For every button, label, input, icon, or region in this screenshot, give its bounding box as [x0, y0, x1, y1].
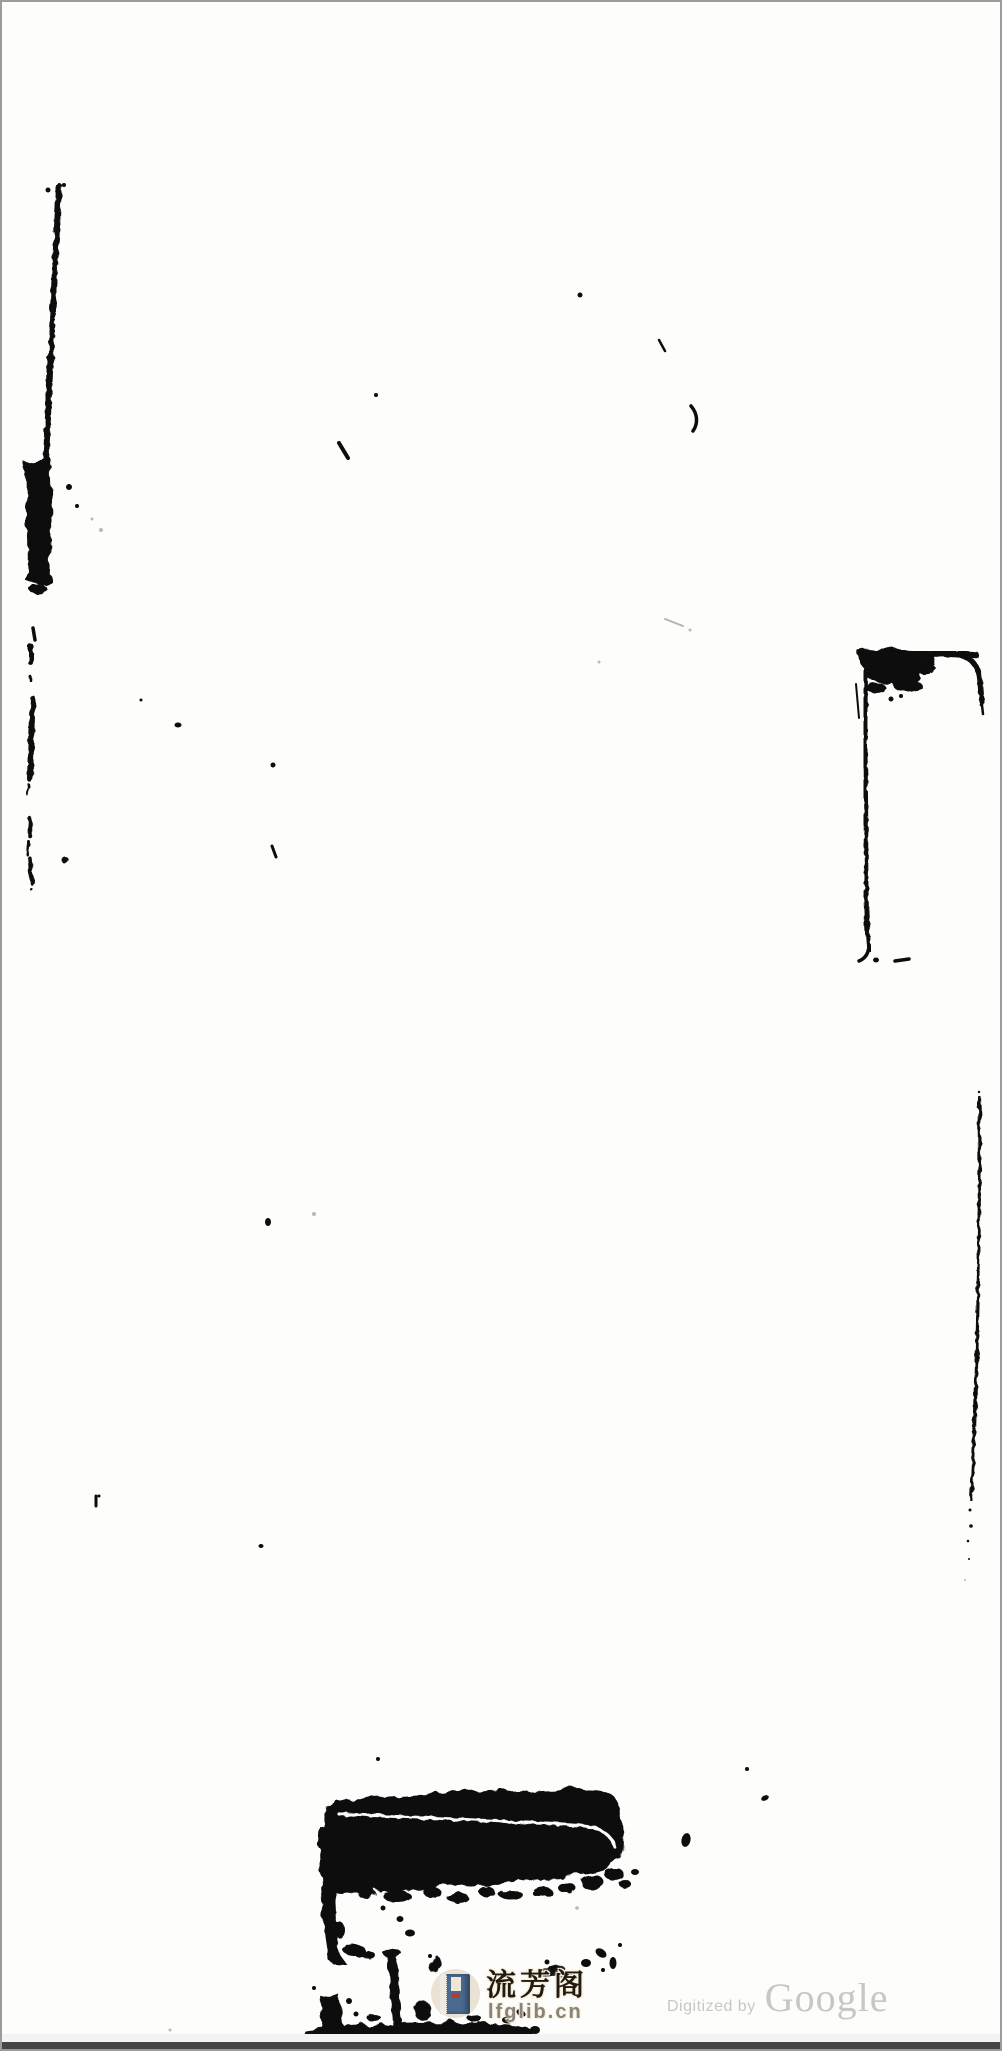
ink-crease-line-right — [964, 1091, 980, 1581]
ink-streak-top-left — [25, 183, 103, 640]
scan-bottom-bar — [2, 2042, 1000, 2049]
ink-dashed-line-left-margin — [27, 646, 69, 891]
ink-frame-outline-right — [856, 649, 983, 963]
google-logo: Google — [765, 1978, 889, 2018]
ink-stamp-drips — [303, 1943, 622, 2045]
digitization-credit: Digitized by Google — [667, 1978, 888, 2018]
digitized-by-label: Digitized by — [667, 1998, 756, 2016]
ink-stamp-bottom — [319, 1788, 639, 1965]
page-bottom-shade — [2, 2034, 1000, 2042]
scanned-blank-book-page: 流芳阁 lfglib.cn Digitized by Google — [0, 0, 1002, 2051]
ink-specks-scattered — [96, 293, 770, 2032]
ink-marks-layer — [2, 2, 1002, 2051]
